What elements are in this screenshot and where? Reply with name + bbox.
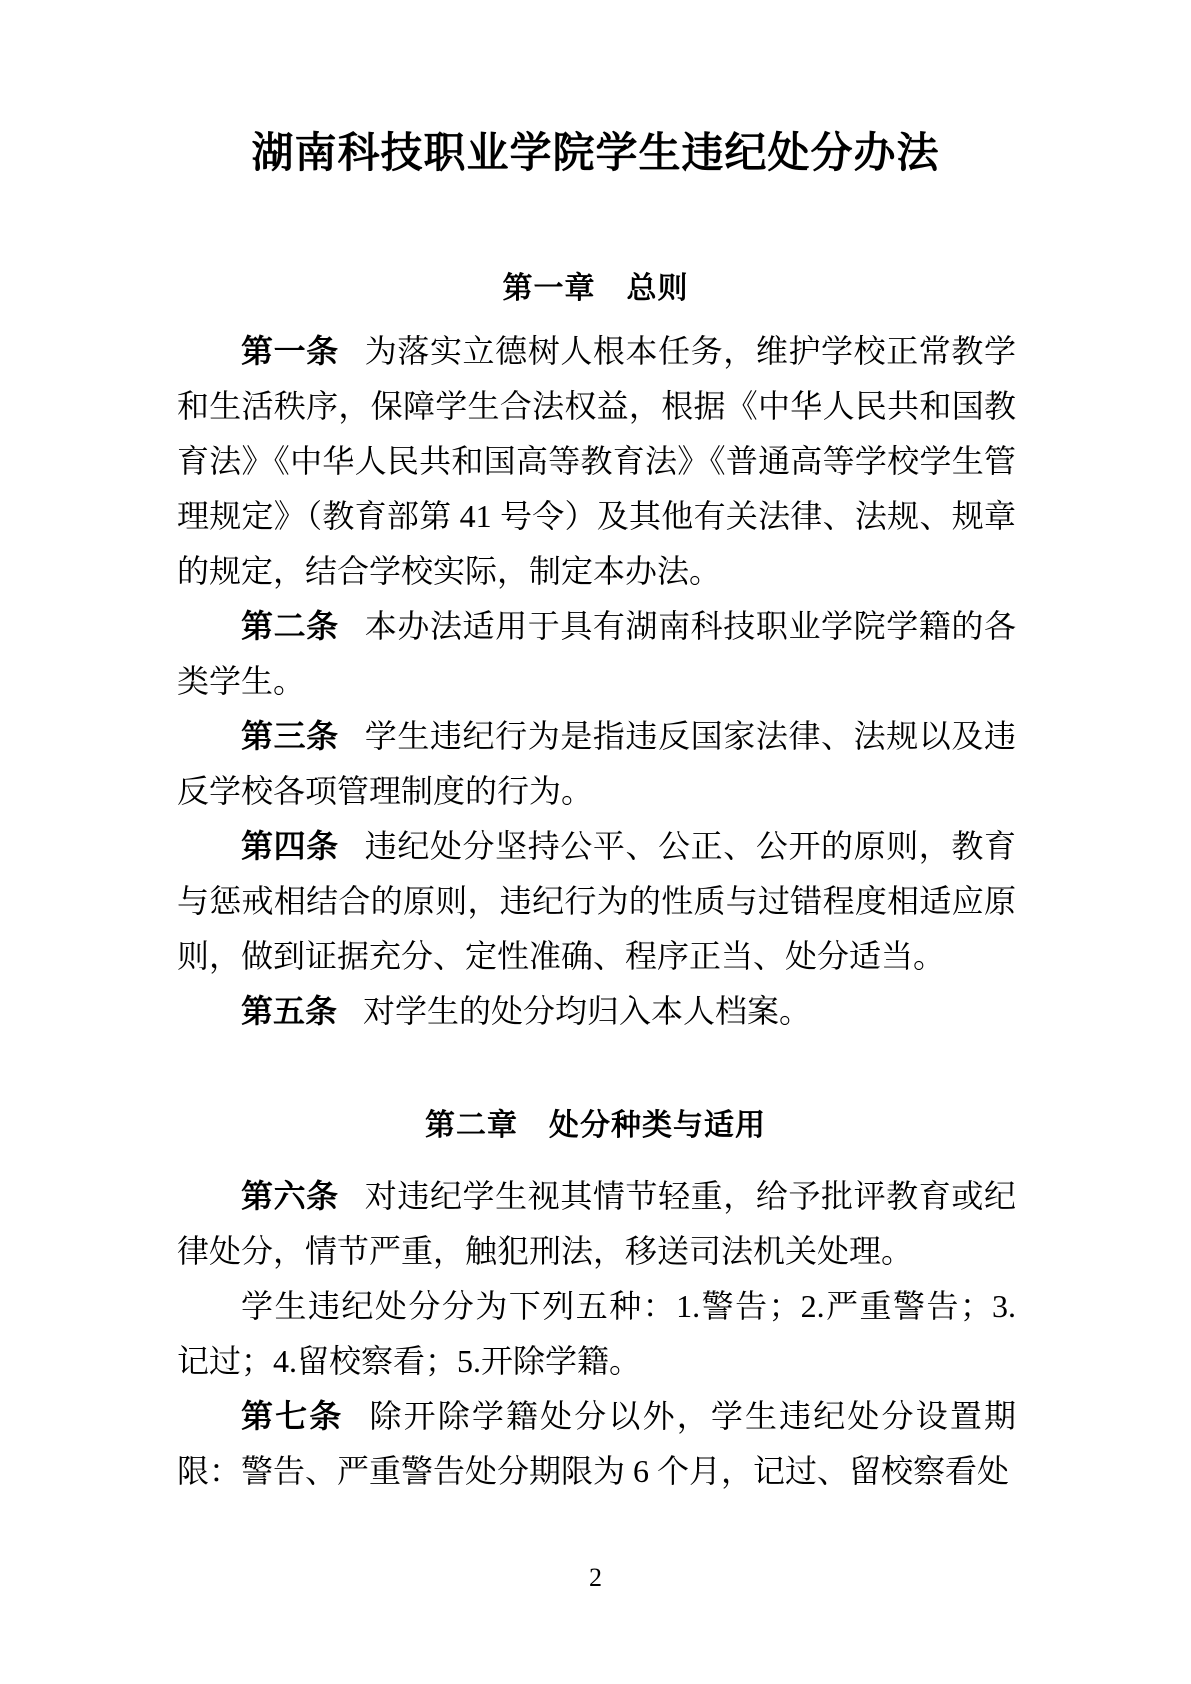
- article-7-paragraph: 第七条除开除学籍处分以外，学生违纪处分设置期限：警告、严重警告处分期限为 6 个…: [177, 1389, 1016, 1499]
- article-2-paragraph: 第二条本办法适用于具有湖南科技职业学院学籍的各类学生。: [177, 599, 1016, 709]
- article-6-paragraph: 第六条对违纪学生视其情节轻重，给予批评教育或纪律处分，情节严重，触犯刑法，移送司…: [177, 1169, 1016, 1279]
- article-1-paragraph: 第一条为落实立德树人根本任务，维护学校正常教学和生活秩序，保障学生合法权益，根据…: [177, 324, 1016, 599]
- chapter-2-heading: 第二章 处分种类与适用: [0, 1105, 1191, 1147]
- chapter-2-body: 第六条对违纪学生视其情节轻重，给予批评教育或纪律处分，情节严重，触犯刑法，移送司…: [177, 1169, 1016, 1499]
- article-1-text: 为落实立德树人根本任务，维护学校正常教学和生活秩序，保障学生合法权益，根据《中华…: [177, 333, 1016, 589]
- article-7-number: 第七条: [241, 1398, 343, 1434]
- chapter-1-heading: 第一章 总则: [0, 268, 1191, 310]
- article-1-number: 第一条: [241, 333, 339, 369]
- article-3-number: 第三条: [241, 718, 339, 754]
- article-5-paragraph: 第五条对学生的处分均归入本人档案。: [177, 984, 1016, 1039]
- article-5-number: 第五条: [241, 993, 337, 1029]
- document-page: 湖南科技职业学院学生违纪处分办法 第一章 总则 第一条为落实立德树人根本任务，维…: [0, 0, 1191, 1684]
- article-3-paragraph: 第三条学生违纪行为是指违反国家法律、法规以及违反学校各项管理制度的行为。: [177, 709, 1016, 819]
- article-4-paragraph: 第四条违纪处分坚持公平、公正、公开的原则，教育与惩戒相结合的原则，违纪行为的性质…: [177, 819, 1016, 984]
- page-number: 2: [0, 1560, 1191, 1596]
- article-6-number: 第六条: [241, 1178, 339, 1214]
- punishment-types-text: 学生违纪处分分为下列五种：1.警告；2.严重警告；3.记过；4.留校察看；5.开…: [177, 1288, 1016, 1379]
- article-2-number: 第二条: [241, 608, 339, 644]
- article-5-text: 对学生的处分均归入本人档案。: [363, 993, 811, 1029]
- article-4-number: 第四条: [241, 828, 339, 864]
- document-title: 湖南科技职业学院学生违纪处分办法: [0, 0, 1191, 184]
- chapter-1-body: 第一条为落实立德树人根本任务，维护学校正常教学和生活秩序，保障学生合法权益，根据…: [177, 324, 1016, 1039]
- punishment-types-paragraph: 学生违纪处分分为下列五种：1.警告；2.严重警告；3.记过；4.留校察看；5.开…: [177, 1279, 1016, 1389]
